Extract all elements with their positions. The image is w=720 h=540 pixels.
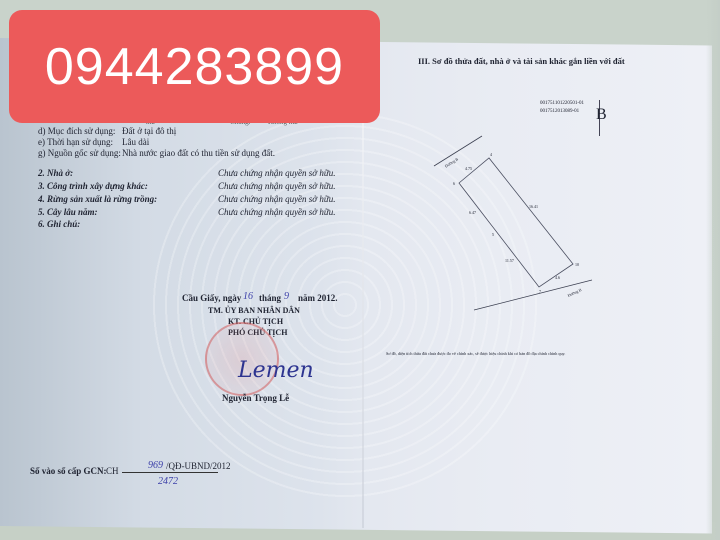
phone-number: 0944283899 bbox=[45, 37, 344, 97]
corner-7: 7 bbox=[539, 289, 541, 294]
corner-10: 10 bbox=[575, 262, 579, 267]
diagram-footnote: Sơ đồ, diện tích thửa đất chưa được đo v… bbox=[386, 351, 565, 356]
parcel-outline bbox=[459, 158, 573, 287]
street-top-line bbox=[434, 136, 482, 166]
dim-top: 4.75 bbox=[465, 166, 472, 171]
dim-left-lower: 11.57 bbox=[505, 258, 514, 263]
corner-4: 4 bbox=[490, 152, 492, 157]
dim-right: 16.41 bbox=[529, 204, 538, 209]
corner-6: 6 bbox=[453, 181, 455, 186]
dim-left-upper: 6.47 bbox=[469, 210, 476, 215]
phone-number-badge: 0944283899 bbox=[9, 10, 380, 123]
dim-bottom: 4.6 bbox=[555, 275, 560, 280]
dim-left-mid: 5 bbox=[492, 232, 494, 237]
